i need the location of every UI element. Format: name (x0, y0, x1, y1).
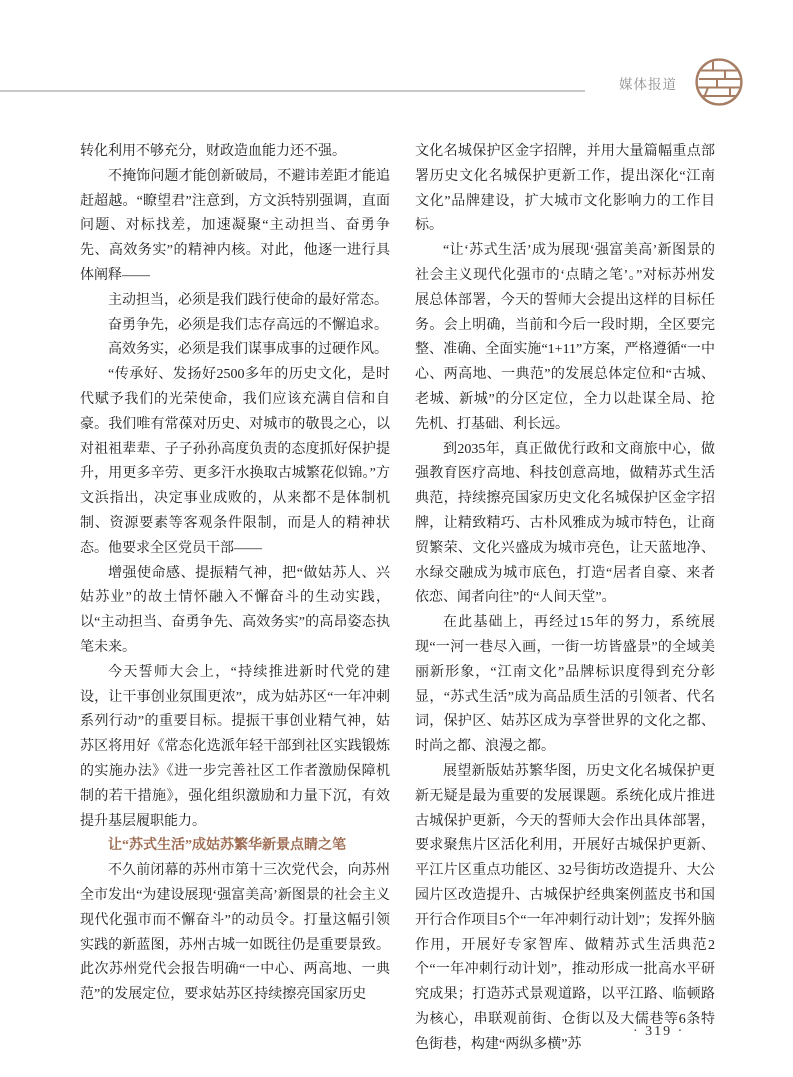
paragraph: 在此基础上，再经过15年的努力，系统展现“一河一巷尽入画，一街一坊皆盛景”的全域… (415, 611, 715, 760)
paragraph: 转化利用不够充分，财政造血能力还不强。 (80, 140, 390, 165)
section-heading: 让“苏式生活”成姑苏繁华新景点睛之笔 (80, 834, 390, 859)
paragraph: “让‘苏式生活’成为展现‘强富美高’新图景的社会主义现代化强市的‘点睛之笔’。”… (415, 239, 715, 437)
paragraph: 展望新版姑苏繁华图，历史文化名城保护更新无疑是最为重要的发展课题。系统化成片推进… (415, 760, 715, 1058)
lattice-window-seal-icon (694, 57, 744, 107)
section-label: 媒体报道 (619, 73, 677, 93)
paragraph: 到2035年，真正做优行政和文商旅中心，做强教育医疗高地、科技创意高地，做精苏式… (415, 438, 715, 612)
page-number: · 319 · (633, 1024, 684, 1040)
paragraph: 奋勇争先，必须是我们志存高远的不懈追求。 (80, 314, 390, 339)
paragraph: 文化名城保护区金字招牌，并用大量篇幅重点部署历史文化名城保护更新工作，提出深化“… (415, 140, 715, 239)
paragraph: 不掩饰问题才能创新破局，不避讳差距才能追赶超越。“瞭望君”注意到，方文浜特别强调… (80, 165, 390, 289)
paragraph: 高效务实，必须是我们谋事成事的过硬作风。 (80, 338, 390, 363)
paragraph: 增强使命感、提振精气神，把“做姑苏人、兴姑苏业”的故土情怀融入不懈奋斗的生动实践… (80, 562, 390, 661)
article-column-right: 文化名城保护区金字招牌，并用大量篇幅重点部署历史文化名城保护更新工作，提出深化“… (415, 140, 715, 1057)
article-column-left: 转化利用不够充分，财政造血能力还不强。不掩饰问题才能创新破局，不避讳差距才能追赶… (80, 140, 390, 1008)
paragraph: 今天誓师大会上，“持续推进新时代党的建设，让干事创业氛围更浓”，成为姑苏区“一年… (80, 661, 390, 835)
paragraph: 不久前闭幕的苏州市第十三次党代会，向苏州全市发出“为建设展现‘强富美高’新图景的… (80, 859, 390, 1008)
book-page: 媒体报道 转化利用不够充分，财政造血能力还不强。不掩饰问题才能创新破局，不避讳差… (0, 0, 793, 1077)
paragraph: 主动担当，必须是我们践行使命的最好常态。 (80, 289, 390, 314)
paragraph: “传承好、发扬好2500多年的历史文化，是时代赋予我们的光荣使命，我们应该充满自… (80, 363, 390, 561)
header-divider (0, 90, 585, 92)
